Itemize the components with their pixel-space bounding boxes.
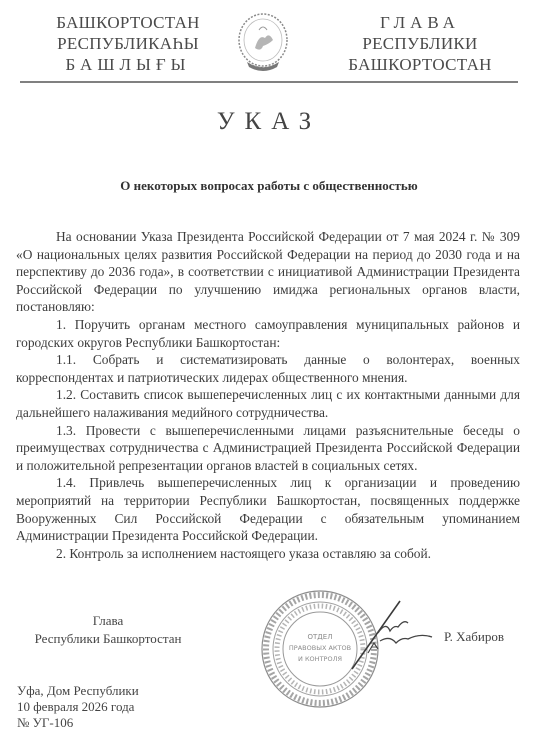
header-right-russian: ГЛАВА РЕСПУБЛИКИ БАШКОРТОСТАН <box>330 12 510 75</box>
document-subtitle: О некоторых вопросах работы с общественн… <box>0 178 538 194</box>
footer-number: № УГ-106 <box>17 715 139 731</box>
header-left-bashkir: БАШКОРТОСТАН РЕСПУБЛИКАҺЫ БАШЛЫҒЫ <box>38 12 218 75</box>
signatory-title: Глава Республики Башкортостан <box>18 612 198 648</box>
header-right-line-2: РЕСПУБЛИКИ <box>330 33 510 54</box>
paragraph-1-4: 1.4. Привлечь вышеперечисленных лиц к ор… <box>16 474 520 544</box>
header-left-line-1: БАШКОРТОСТАН <box>38 12 218 33</box>
header-right-line-1: ГЛАВА <box>330 12 510 33</box>
handwritten-signature-icon <box>350 597 440 677</box>
paragraph-preamble: На основании Указа Президента Российской… <box>16 228 520 316</box>
document-footer: Уфа, Дом Республики 10 февраля 2026 года… <box>17 683 139 731</box>
signatory-title-line-1: Глава <box>18 612 198 630</box>
signatory-name: Р. Хабиров <box>444 629 504 645</box>
document-body: На основании Указа Президента Российской… <box>16 228 520 562</box>
paragraph-1-3: 1.3. Провести с вышеперечисленными лицам… <box>16 422 520 475</box>
signatory-title-line-2: Республики Башкортостан <box>18 630 198 648</box>
header-left-line-3: БАШЛЫҒЫ <box>38 54 218 75</box>
header-left-line-2: РЕСПУБЛИКАҺЫ <box>38 33 218 54</box>
coat-of-arms-icon <box>233 10 293 76</box>
document-title: УКАЗ <box>0 108 538 136</box>
stamp-line-1: ОТДЕЛ <box>308 633 333 641</box>
paragraph-2: 2. Контроль за исполнением настоящего ук… <box>16 545 520 563</box>
stamp-line-2: ПРАВОВЫХ АКТОВ <box>289 644 351 652</box>
paragraph-1-2: 1.2. Составить список вышеперечисленных … <box>16 386 520 421</box>
paragraph-1: 1. Поручить органам местного самоуправле… <box>16 316 520 351</box>
header-right-line-3: БАШКОРТОСТАН <box>330 54 510 75</box>
paragraph-1-1: 1.1. Собрать и систематизировать данные … <box>16 351 520 386</box>
footer-place: Уфа, Дом Республики <box>17 683 139 699</box>
stamp-line-3: И КОНТРОЛЯ <box>298 655 342 663</box>
footer-date: 10 февраля 2026 года <box>17 699 139 715</box>
header-divider <box>20 81 518 83</box>
